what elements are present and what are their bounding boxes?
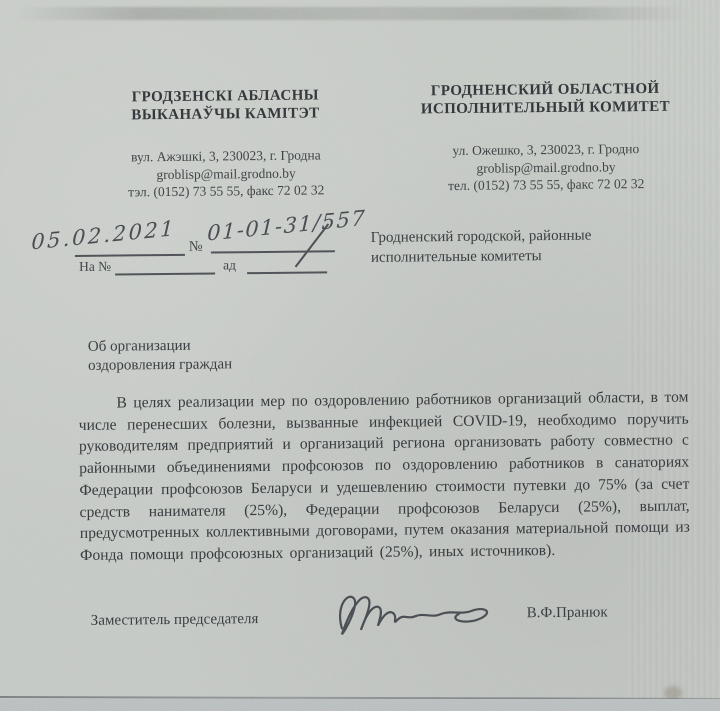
- date-blank-line: [75, 254, 185, 257]
- signer-title: Заместитель председателя: [91, 611, 259, 630]
- handwritten-outgoing-number: 01-01-31/557: [207, 206, 367, 246]
- scan-top-shadow: [18, 7, 690, 20]
- addressee-line1: Гродненский городской, районные: [371, 227, 592, 249]
- reply-date-label: ад: [223, 257, 236, 273]
- scanned-letter: ГРОДЗЕНСКІ АБЛАСНЫ ВЫКАНАЎЧЫ КАМІТЭТ вул…: [0, 0, 720, 711]
- subject: Об организации оздоровления граждан: [88, 336, 232, 376]
- handwritten-signature-icon: [327, 587, 503, 644]
- number-blank-line: [211, 250, 335, 253]
- reference-block: № На № ад 05.02.2021 01-01-31/557: [0, 0, 379, 304]
- subject-line1: Об организации: [88, 336, 232, 357]
- reply-number-blank-line: [115, 273, 215, 276]
- letter-content: ГРОДЗЕНСКІ АБЛАСНЫ ВЫКАНАЎЧЫ КАМІТЭТ вул…: [0, 0, 720, 711]
- body-paragraph: В целях реализации мер по оздоровлению р…: [78, 387, 690, 567]
- subject-line2: оздоровления граждан: [88, 355, 232, 376]
- reply-date-blank-line: [247, 271, 327, 273]
- scan-bottom-strip: [0, 699, 720, 711]
- handwritten-date: 05.02.2021: [31, 216, 177, 254]
- scan-vertical-streaks: [628, 0, 720, 711]
- addressee: Гродненский городской, районные исполнит…: [371, 227, 592, 268]
- reply-number-label: На №: [79, 259, 111, 275]
- number-sign: №: [189, 239, 203, 256]
- addressee-line2: исполнительные комитеты: [371, 246, 592, 268]
- signer-name: В.Ф.Пранюк: [527, 604, 608, 622]
